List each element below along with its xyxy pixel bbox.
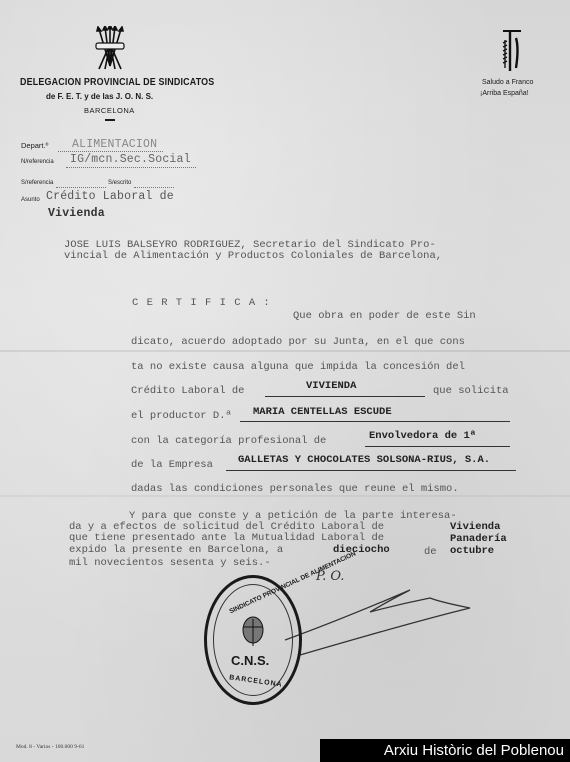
closing-line-5: mil novecientos sesenta y seis.- [69,558,271,568]
conditions-line: dadas las condiciones personales que reu… [131,484,459,494]
category-prefix: con la categoría profesional de [131,436,326,446]
subject-label: Asunto [21,197,40,203]
company-line [226,470,516,471]
department-line [58,151,163,152]
category-line [365,446,510,447]
closing-line-2: da y a efectos de solicitud del Crédito … [69,522,384,532]
our-reference-label: N/referencia [21,159,54,165]
greeting-line-1: Saludo a Franco [482,79,533,86]
our-reference-line [66,167,196,168]
organization-subtitle: de F. E. T. y de las J. O. N. S. [46,92,153,101]
category-value: Envolvedora de 1ª [369,430,476,442]
our-reference-value: IG/mcn.Sec.Social [70,153,191,166]
closing-fill-credit: Vivienda [450,521,500,533]
stamp-shield-icon [241,616,265,648]
closing-fill-mutual: Panadería [450,533,507,545]
cross-and-wheat-icon [500,28,524,72]
yoke-and-arrows-icon [93,26,127,70]
certifica-heading: C E R T I F I C A : [132,298,271,308]
department-value: ALIMENTACION [72,138,157,151]
stamp-center-text: C.N.S. [231,653,269,668]
greeting-line-2: ¡Arriba España! [480,90,529,97]
credit-suffix: que solicita [433,386,509,396]
cert-line-2: dicato, acuerdo adoptado por su Junta, e… [131,337,465,347]
your-reference-line [56,187,106,188]
your-letter-label: S/escrito [108,180,131,186]
intro-line-2: vincial de Alimentación y Productos Colo… [64,251,442,261]
producer-name: MARIA CENTELLAS ESCUDE [253,406,392,418]
closing-line-1: Y para que conste y a petición de la par… [129,511,457,521]
producer-line [240,421,510,422]
subject-value-line-1: Crédito Laboral de [46,190,174,203]
form-code: Mod. 8 - Varios - 100.000 9-61 [16,744,84,750]
archive-credit: Arxiu Històric del Poblenou [320,739,570,762]
credit-type-value: VIVIENDA [306,380,356,392]
paper-fold [0,495,570,497]
cert-line-1: Que obra en poder de este Sin [293,311,476,321]
your-reference-label: S/referencia [21,180,53,186]
intro-line-1: JOSE LUIS BALSEYRO RODRIGUEZ, Secretario… [64,240,436,250]
organization-city: BARCELONA [84,106,135,115]
closing-day: dieciocho [333,544,390,556]
organization-name: DELEGACION PROVINCIAL DE SINDICATOS [20,76,214,88]
closing-line-4: expido la presente en Barcelona, a [69,545,283,555]
closing-month: octubre [450,545,494,557]
department-label: Depart.º [21,141,48,150]
official-stamp: SINDICATO PROVINCIAL DE ALIMENTACION C.N… [204,575,302,705]
your-letter-line [134,187,174,188]
closing-de: de [424,547,437,557]
letterhead-rule [105,119,115,121]
company-name: GALLETAS Y CHOCOLATES SOLSONA-RIUS, S.A. [238,454,490,466]
credit-prefix: Crédito Laboral de [131,386,244,396]
cert-line-3: ta no existe causa alguna que impida la … [131,362,465,372]
credit-type-line [265,396,425,397]
subject-value-line-2: Vivienda [48,207,105,220]
closing-line-3: que tiene presentado ante la Mutualidad … [69,533,384,543]
paper-fold [0,350,570,352]
producer-prefix: el productor D.ª [131,411,232,421]
company-prefix: de la Empresa [131,460,213,470]
signature-scrawl [280,580,480,660]
